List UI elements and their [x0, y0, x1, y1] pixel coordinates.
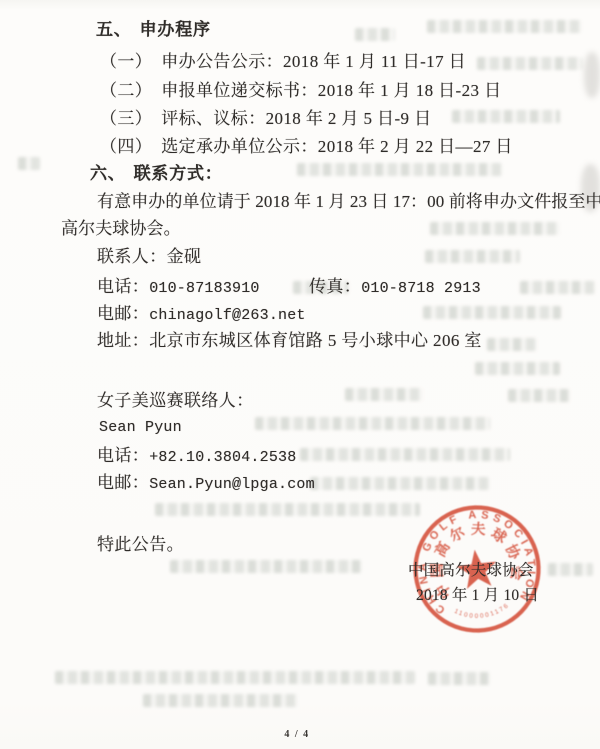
- bleedthrough-mark: [430, 222, 560, 235]
- section-title-text: 申办程序: [140, 20, 211, 39]
- lpga-contact-name: Sean Pyun: [99, 419, 182, 436]
- page-number: 4 / 4: [0, 729, 594, 740]
- bleedthrough-mark: [355, 28, 395, 41]
- bleedthrough-mark: [55, 671, 415, 684]
- item-number: （二）: [100, 81, 152, 100]
- phone-value: +82.10.3804.2538: [149, 449, 296, 466]
- bleedthrough-mark: [477, 57, 582, 70]
- contact-person-line: 联系人：金砚: [97, 247, 201, 267]
- address-line: 地址：北京市东城区体育馆路 5 号小球中心 206 室: [97, 331, 482, 351]
- phone-label: 电话：: [97, 446, 149, 465]
- bleedthrough-mark: [487, 338, 537, 351]
- bleedthrough-mark: [428, 672, 490, 685]
- item-text: 评标、议标：2018 年 2 月 5 日-9 日: [161, 109, 431, 128]
- procedure-item-2: （二）申报单位递交标书：2018 年 1 月 18 日-23 日: [100, 81, 501, 101]
- signature-org: 中国高尔夫球协会: [408, 562, 534, 580]
- procedure-item-1: （一）申办公告公示：2018 年 1 月 11 日-17 日: [100, 52, 466, 72]
- procedure-item-4: （四）选定承办单位公示：2018 年 2 月 22 日—27 日: [100, 137, 513, 157]
- lpga-contact-heading: 女子美巡赛联络人：: [97, 391, 254, 411]
- item-number: （一）: [100, 52, 152, 71]
- bleedthrough-mark: [18, 157, 40, 170]
- bleedthrough-mark: [423, 306, 561, 319]
- email-label: 电邮：: [97, 473, 149, 492]
- email-line: 电邮：chinagolf@263.net: [97, 304, 306, 324]
- lpga-phone-line: 电话：+82.10.3804.2538: [97, 446, 296, 466]
- bleedthrough-mark: [427, 20, 582, 33]
- bleedthrough-mark: [475, 362, 560, 375]
- notice-paragraph-line2: 高尔夫球协会。: [61, 219, 181, 239]
- closing-statement: 特此公告。: [97, 535, 184, 555]
- section-number: 五、: [96, 20, 132, 39]
- phone-value: 010-87183910: [149, 280, 259, 297]
- email-value: chinagolf@263.net: [149, 307, 305, 324]
- bleedthrough-mark: [300, 448, 510, 461]
- section-5-heading: 五、申办程序: [96, 20, 211, 40]
- bleedthrough-mark: [345, 388, 423, 401]
- scan-edge-smudge: [584, 52, 600, 98]
- bleedthrough-mark: [452, 110, 560, 123]
- item-number: （三）: [100, 109, 152, 128]
- fax-group: 传真：010-8718 2913: [309, 277, 481, 297]
- section-6-heading: 六、联系方式：: [90, 164, 223, 184]
- fax-label: 传真：: [309, 277, 361, 296]
- bleedthrough-mark: [425, 250, 520, 263]
- email-label: 电邮：: [97, 304, 149, 323]
- section-number: 六、: [90, 164, 126, 183]
- bleedthrough-mark: [297, 163, 502, 176]
- bleedthrough-mark: [508, 389, 570, 402]
- item-number: （四）: [100, 137, 152, 156]
- section-title-text: 联系方式：: [134, 164, 223, 183]
- bleedthrough-mark: [255, 417, 490, 430]
- procedure-item-3: （三）评标、议标：2018 年 2 月 5 日-9 日: [100, 109, 431, 129]
- item-text: 申办公告公示：2018 年 1 月 11 日-17 日: [161, 52, 466, 71]
- email-value: Sean.Pyun@lpga.com: [149, 476, 315, 493]
- phone-fax-line: 电话：010-87183910 传真：010-8718 2913: [97, 277, 567, 297]
- bleedthrough-mark: [170, 560, 362, 573]
- phone-label: 电话：: [97, 277, 149, 296]
- fax-value: 010-8718 2913: [361, 280, 481, 297]
- item-text: 申报单位递交标书：2018 年 1 月 18 日-23 日: [161, 81, 501, 100]
- lpga-email-line: 电邮：Sean.Pyun@lpga.com: [97, 473, 315, 493]
- item-text: 选定承办单位公示：2018 年 2 月 22 日—27 日: [161, 137, 513, 156]
- scanned-document-page: 五、申办程序 （一）申办公告公示：2018 年 1 月 11 日-17 日 （二…: [0, 0, 600, 749]
- bleedthrough-mark: [143, 694, 298, 707]
- bleedthrough-mark: [155, 503, 420, 516]
- signature-date: 2018 年 1 月 10 日: [416, 587, 539, 605]
- notice-paragraph-line1: 有意申办的单位请于 2018 年 1 月 23 日 17：00 前将申办文件报至…: [97, 192, 600, 212]
